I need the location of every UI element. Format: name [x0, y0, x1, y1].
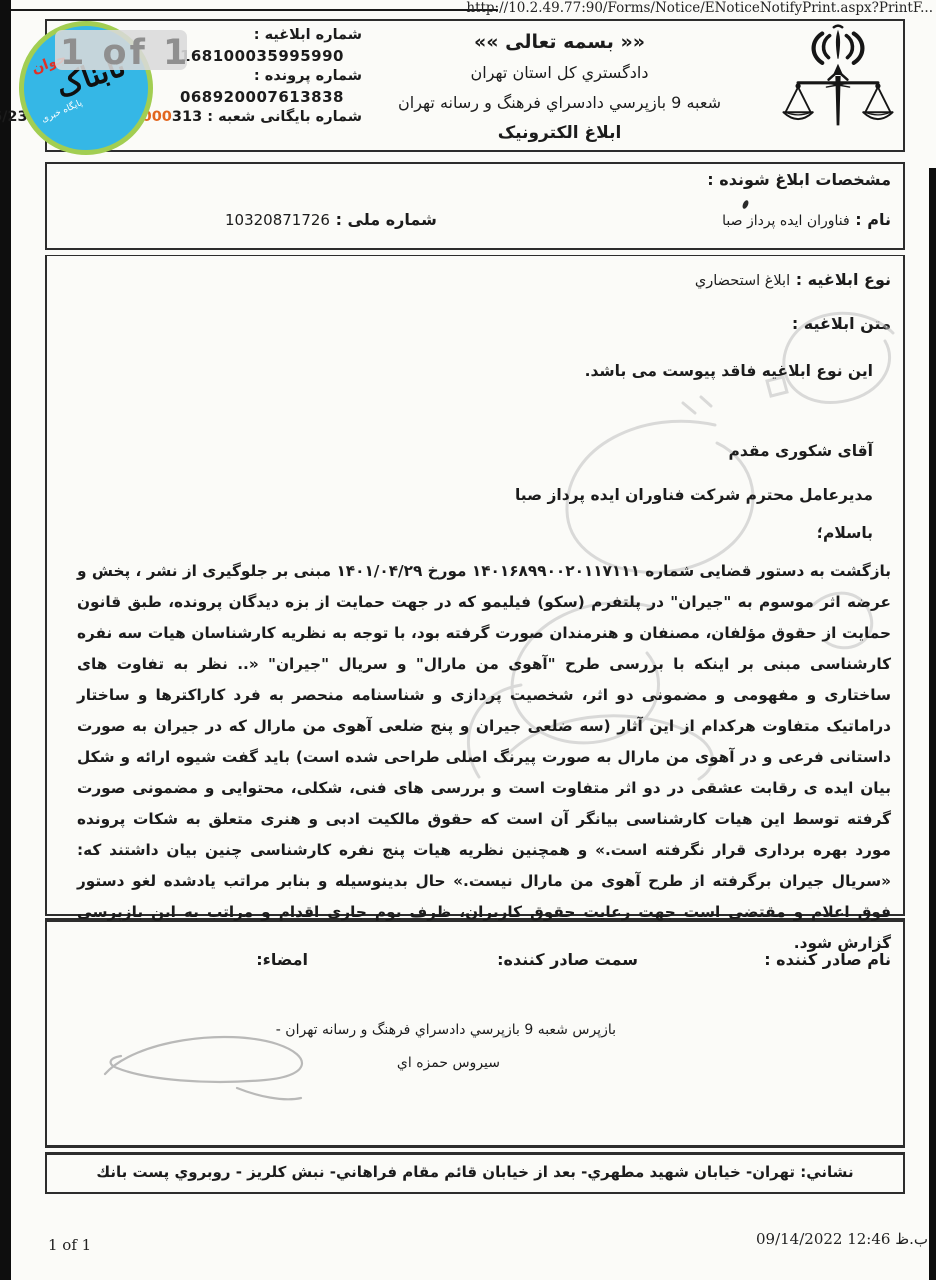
- judiciary-scales-logo-icon: [775, 23, 901, 149]
- notice-type-row: نوع ابلاغیه : ابلاغ استحضاري: [695, 270, 891, 289]
- archive-number-label: شماره بایگانی شعبه :: [207, 109, 362, 125]
- recipient-section-label: مشخصات ابلاغ شونده :: [707, 170, 891, 189]
- addressee-name: آقای شکوری مقدم: [729, 442, 873, 460]
- national-id-label: شماره ملی :: [336, 210, 437, 229]
- page-count-overlay-text: 1 of 1: [60, 33, 190, 73]
- bismillah-text: «« بسمه تعالی »»: [372, 31, 747, 53]
- print-header-url: http://10.2.49.77:90/Forms/Notice/ENotic…: [466, 0, 933, 16]
- scan-stray-mark: [741, 199, 749, 209]
- national-id-row: شماره ملی : 10320871726: [225, 210, 437, 229]
- org-name: دادگستري کل استان تهران: [372, 63, 747, 82]
- scan-edge-left: [0, 0, 11, 1280]
- letterhead-titles: «« بسمه تعالی »» دادگستري کل استان تهران…: [372, 31, 747, 143]
- notice-number-label: شماره ابلاغیه :: [254, 27, 362, 43]
- branch-name: شعبه 9 بازپرسي دادسراي فرهنگ و رسانه تهر…: [372, 93, 747, 112]
- recipient-section-box: مشخصات ابلاغ شونده : نام : فناوران ایده …: [45, 162, 905, 250]
- archive-number-row: شماره بایگانی شعبه : 0000313: [126, 109, 362, 125]
- recipient-name-row: نام : فناوران ایده پرداز صبا: [722, 210, 891, 229]
- notice-type-value: ابلاغ استحضاري: [695, 273, 790, 289]
- issuer-position-line2: سیروس حمزه اي: [397, 1055, 500, 1071]
- print-footer-page-number: 1 of 1: [48, 1236, 91, 1254]
- notice-text-label: متن ابلاغیه :: [792, 314, 891, 333]
- scan-edge-right: [929, 168, 936, 1280]
- national-id-value: 10320871726: [225, 211, 330, 229]
- recipient-name-label: نام :: [855, 210, 891, 229]
- notice-type-label: نوع ابلاغیه :: [796, 270, 891, 289]
- notice-body-box: نوع ابلاغیه : ابلاغ استحضاري متن ابلاغیه…: [45, 255, 905, 916]
- recipient-name-value: فناوران ایده پرداز صبا: [722, 213, 850, 229]
- notice-body-text: بازگشت به دستور قضایی شماره ۱۴۰۱۶۸۹۹۰۰۲۰…: [77, 556, 891, 959]
- attachment-note: این نوع ابلاغیه فاقد پیوست می باشد.: [585, 362, 873, 380]
- printed-judicial-notice-page: http://10.2.49.77:90/Forms/Notice/ENotic…: [0, 0, 936, 1280]
- court-address-text: نشاني: تهران- خیابان شهید مطهري- بعد از …: [47, 1163, 903, 1181]
- court-address-box: نشاني: تهران- خیابان شهید مطهري- بعد از …: [45, 1152, 905, 1194]
- addressee-title: مدیرعامل محترم شرکت فناوران ایده پرداز ص…: [515, 486, 873, 504]
- issuer-position-line1: بازپرس شعبه 9 بازپرسي دادسراي فرهنگ و رس…: [276, 1022, 616, 1038]
- doc-type-title: ابلاغ الکترونیک: [372, 123, 747, 143]
- print-datetime: 09/14/2022 12:46: [756, 1230, 890, 1248]
- case-number-label: شماره پرونده :: [254, 68, 362, 84]
- print-footer-datetime: ب.ظ 09/14/2022 12:46: [756, 1230, 928, 1248]
- salutation: باسلام؛: [817, 524, 873, 542]
- print-meridiem: ب.ظ: [895, 1230, 928, 1248]
- print-header-rule: [11, 9, 498, 11]
